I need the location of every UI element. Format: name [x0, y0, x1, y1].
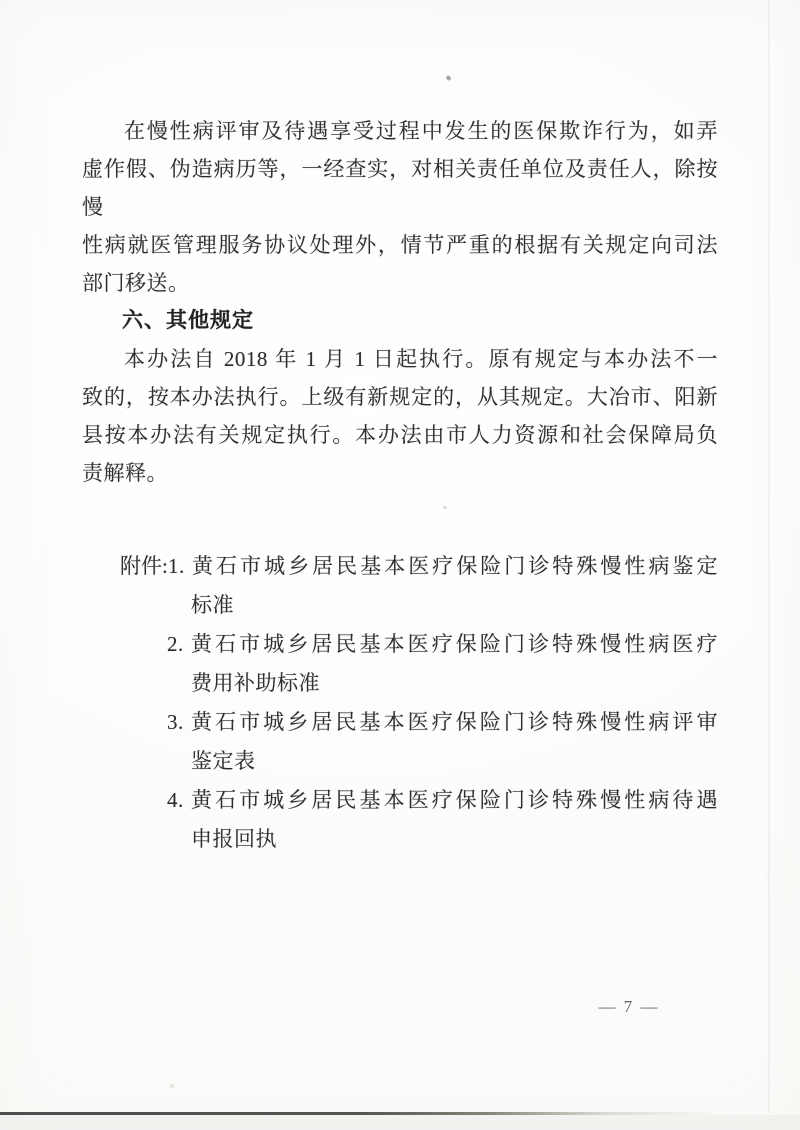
text-line: 本办法自 2018 年 1 月 1 日起执行。原有规定与本办法不一 — [82, 340, 718, 378]
text-line: 虚作假、伪造病历等，一经查实，对相关责任单位及责任人，除按慢 — [82, 150, 718, 226]
scanned-document-page: 在慢性病评审及待遇享受过程中发生的医保欺诈行为，如弄 虚作假、伪造病历等，一经查… — [0, 0, 800, 1130]
scan-artifact-vertical-line — [768, 0, 770, 1113]
attachment-item-2: 2. 黄石市城乡居民基本医疗保险门诊特殊慢性病医疗 — [167, 625, 718, 664]
attachment-4-number: 4. — [167, 781, 191, 820]
attachment-2-number: 2. — [167, 625, 191, 664]
attachment-item-3: 3. 黄石市城乡居民基本医疗保险门诊特殊慢性病评审 — [167, 703, 718, 742]
attachment-item-4: 4. 黄石市城乡居民基本医疗保险门诊特殊慢性病待遇 — [167, 781, 718, 820]
attachment-1-number: 1. — [168, 547, 192, 586]
scan-artifact-speck — [170, 1084, 174, 1088]
attachment-item-1: 附件: 1. 黄石市城乡居民基本医疗保险门诊特殊慢性病鉴定 — [120, 547, 718, 586]
text-line: 部门移送。 — [82, 264, 718, 302]
text-line: 在慢性病评审及待遇享受过程中发生的医保欺诈行为，如弄 — [82, 112, 718, 150]
attachment-4-title-continuation: 申报回执 — [191, 820, 718, 859]
scan-artifact-speck — [445, 75, 451, 81]
document-body: 在慢性病评审及待遇享受过程中发生的医保欺诈行为，如弄 虚作假、伪造病历等，一经查… — [82, 112, 718, 859]
attachments-list: 附件: 1. 黄石市城乡居民基本医疗保险门诊特殊慢性病鉴定 标准 2. 黄石市城… — [82, 547, 718, 859]
attachment-2-title-continuation: 费用补助标准 — [191, 664, 718, 703]
paragraph-effective-date: 本办法自 2018 年 1 月 1 日起执行。原有规定与本办法不一 致的，按本办… — [82, 340, 718, 492]
text-line: 责解释。 — [82, 454, 718, 492]
text-line: 县按本办法有关规定执行。本办法由市人力资源和社会保障局负 — [82, 416, 718, 454]
section-heading-other-provisions: 六、其他规定 — [82, 302, 718, 340]
paragraph-fraud-handling: 在慢性病评审及待遇享受过程中发生的医保欺诈行为，如弄 虚作假、伪造病历等，一经查… — [82, 112, 718, 302]
attachment-1-title-line: 黄石市城乡居民基本医疗保险门诊特殊慢性病鉴定 — [192, 547, 718, 586]
attachment-1-title-continuation: 标准 — [191, 586, 718, 625]
attachment-3-title-line: 黄石市城乡居民基本医疗保险门诊特殊慢性病评审 — [191, 703, 718, 742]
text-line: 性病就医管理服务协议处理外，情节严重的根据有关规定向司法 — [82, 226, 718, 264]
scan-artifact-speck — [443, 506, 447, 509]
attachment-4-title-line: 黄石市城乡居民基本医疗保险门诊特殊慢性病待遇 — [191, 781, 718, 820]
attachments-label: 附件: — [120, 547, 168, 586]
attachment-3-title-continuation: 鉴定表 — [191, 742, 718, 781]
page-number: — 7 — — [596, 997, 662, 1017]
attachment-3-number: 3. — [167, 703, 191, 742]
attachment-2-title-line: 黄石市城乡居民基本医疗保险门诊特殊慢性病医疗 — [191, 625, 718, 664]
scan-artifact-bottom-shade — [0, 1115, 800, 1130]
text-line: 致的，按本办法执行。上级有新规定的，从其规定。大冶市、阳新 — [82, 378, 718, 416]
